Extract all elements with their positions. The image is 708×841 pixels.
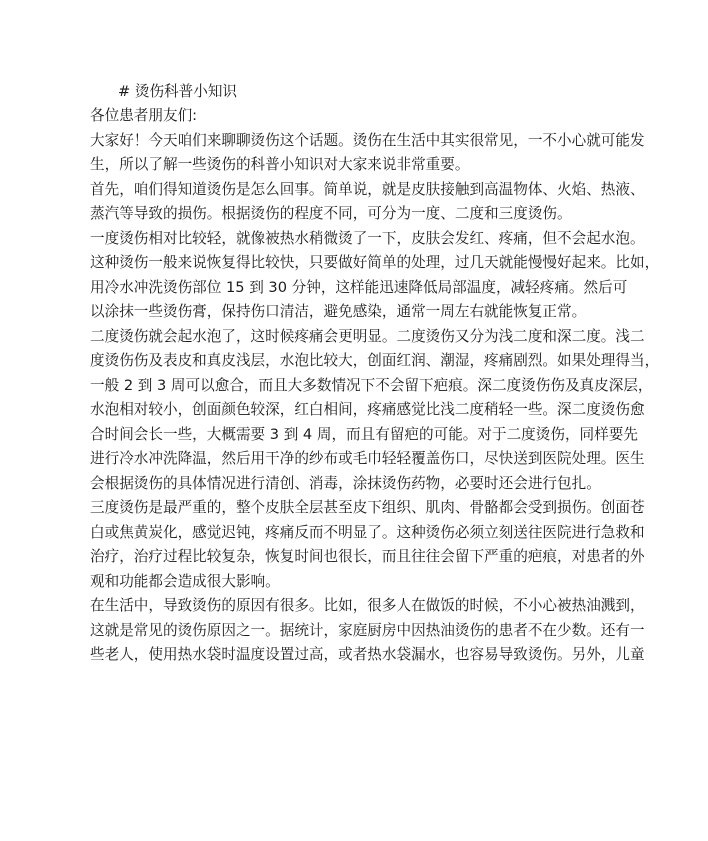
text-line: 进行冷水冲洗降温，然后用干净的纱布或毛巾轻轻覆盖伤口，尽快送到医院处理。医生 xyxy=(90,447,630,472)
text-line: 首先，咱们得知道烫伤是怎么回事。简单说，就是皮肤接触到高温物体、火焰、热液、 xyxy=(90,178,630,203)
text-line: 大家好！今天咱们来聊聊烫伤这个话题。烫伤在生活中其实很常见，一不小心就可能发 xyxy=(90,129,630,154)
text-line: 蒸汽等导致的损伤。根据烫伤的程度不同，可分为一度、二度和三度烫伤。 xyxy=(90,202,630,227)
causes-paragraph: 在生活中，导致烫伤的原因有很多。比如，很多人在做饭的时候，不小心被热油溅到， 这… xyxy=(90,594,630,668)
second-degree-paragraph: 二度烫伤就会起水泡了，这时候疼痛会更明显。二度烫伤又分为浅二度和深二度。浅二 度… xyxy=(90,325,630,497)
text-line: 各位患者朋友们: xyxy=(90,104,630,129)
text-line: 一般 2 到 3 周可以愈合，而且大多数情况下不会留下疤痕。深二度烫伤伤及真皮深… xyxy=(90,374,630,399)
definition-paragraph: 首先，咱们得知道烫伤是怎么回事。简单说，就是皮肤接触到高温物体、火焰、热液、 蒸… xyxy=(90,178,630,227)
greeting-paragraph: 各位患者朋友们: xyxy=(90,104,630,129)
third-degree-paragraph: 三度烫伤是最严重的，整个皮肤全层甚至皮下组织、肌肉、骨骼都会受到损伤。创面苍 白… xyxy=(90,496,630,594)
document-body: # 烫伤科普小知识 各位患者朋友们: 大家好！今天咱们来聊聊烫伤这个话题。烫伤在… xyxy=(90,80,630,668)
text-line: 这种烫伤一般来说恢复得比较快，只要做好简单的处理，过几天就能慢慢好起来。比如， xyxy=(90,251,630,276)
intro-paragraph: 大家好！今天咱们来聊聊烫伤这个话题。烫伤在生活中其实很常见，一不小心就可能发 生… xyxy=(90,129,630,178)
text-line: 白或焦黄炭化，感觉迟钝，疼痛反而不明显了。这种烫伤必须立刻送往医院进行急救和 xyxy=(90,521,630,546)
first-degree-paragraph: 一度烫伤相对比较轻，就像被热水稍微烫了一下，皮肤会发红、疼痛，但不会起水泡。 这… xyxy=(90,227,630,325)
text-line: 会根据烫伤的具体情况进行清创、消毒，涂抹烫伤药物，必要时还会进行包扎。 xyxy=(90,472,630,497)
text-line: 在生活中，导致烫伤的原因有很多。比如，很多人在做饭的时候，不小心被热油溅到， xyxy=(90,594,630,619)
text-line: 水泡相对较小，创面颜色较深，红白相间，疼痛感觉比浅二度稍轻一些。深二度烫伤愈 xyxy=(90,398,630,423)
document-page: # 烫伤科普小知识 各位患者朋友们: 大家好！今天咱们来聊聊烫伤这个话题。烫伤在… xyxy=(0,0,708,841)
text-line: 度烫伤伤及表皮和真皮浅层，水泡比较大，创面红润、潮湿，疼痛剧烈。如果处理得当， xyxy=(90,349,630,374)
text-line: 观和功能都会造成很大影响。 xyxy=(90,570,630,595)
text-line: 生，所以了解一些烫伤的科普小知识对大家来说非常重要。 xyxy=(90,153,630,178)
text-line: 这就是常见的烫伤原因之一。据统计，家庭厨房中因热油烫伤的患者不在少数。还有一 xyxy=(90,619,630,644)
text-line: 合时间会长一些，大概需要 3 到 4 周，而且有留疤的可能。对于二度烫伤，同样要… xyxy=(90,423,630,448)
text-line: 以涂抹一些烫伤膏，保持伤口清洁，避免感染，通常一周左右就能恢复正常。 xyxy=(90,300,630,325)
document-title: # 烫伤科普小知识 xyxy=(90,80,630,104)
text-line: 治疗，治疗过程比较复杂，恢复时间也很长，而且往往会留下严重的疤痕，对患者的外 xyxy=(90,545,630,570)
text-line: 用冷水冲洗烫伤部位 15 到 30 分钟，这样能迅速降低局部温度，减轻疼痛。然后… xyxy=(90,276,630,301)
text-line: 二度烫伤就会起水泡了，这时候疼痛会更明显。二度烫伤又分为浅二度和深二度。浅二 xyxy=(90,325,630,350)
text-line: 些老人，使用热水袋时温度设置过高，或者热水袋漏水，也容易导致烫伤。另外，儿童 xyxy=(90,643,630,668)
text-line: 一度烫伤相对比较轻，就像被热水稍微烫了一下，皮肤会发红、疼痛，但不会起水泡。 xyxy=(90,227,630,252)
text-line: 三度烫伤是最严重的，整个皮肤全层甚至皮下组织、肌肉、骨骼都会受到损伤。创面苍 xyxy=(90,496,630,521)
